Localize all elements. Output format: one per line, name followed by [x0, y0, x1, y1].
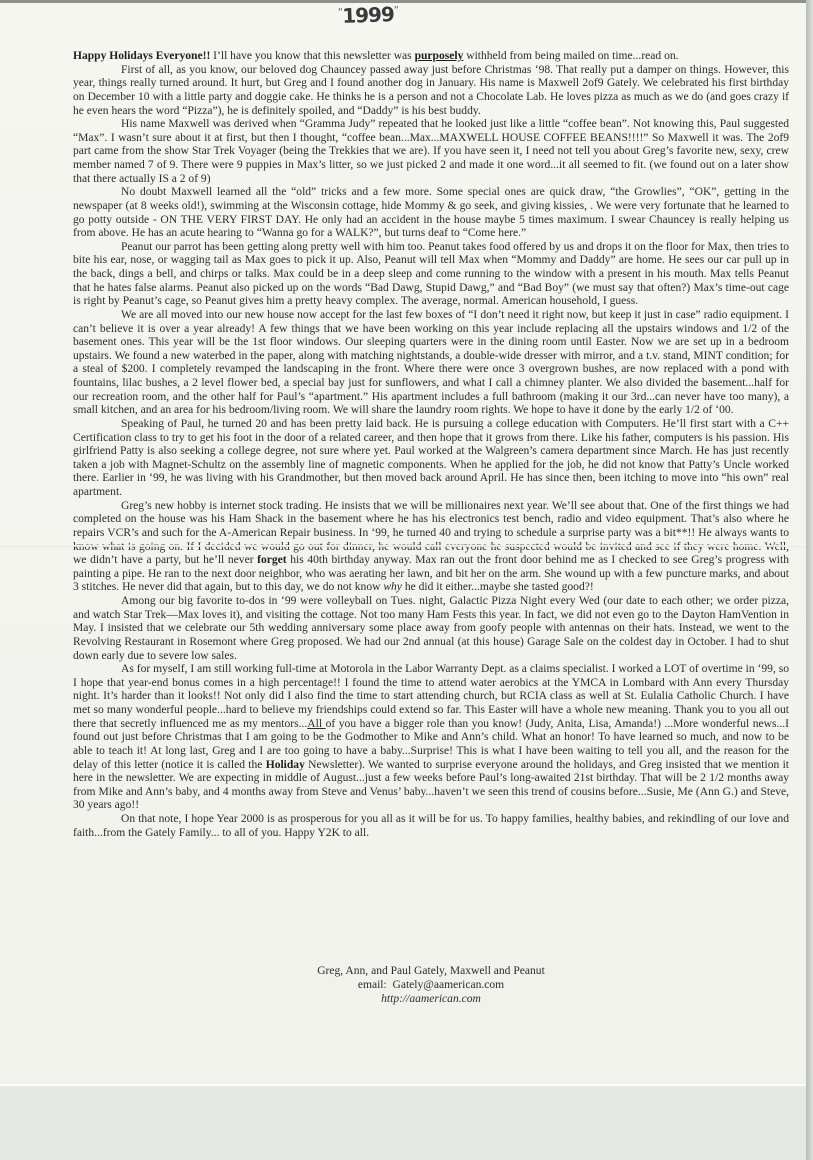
text-segment: His name Maxwell was derived when “Gramm… — [73, 118, 789, 185]
paragraph-closing: On that note, I hope Year 2000 is as pro… — [73, 813, 789, 840]
text-segment: why — [383, 581, 402, 593]
text-segment: forget — [257, 554, 287, 566]
text-segment: We are all moved into our new house now … — [73, 309, 789, 416]
paragraph-peanut: Peanut our parrot has been getting along… — [73, 241, 789, 309]
paragraph-todos: Among our big favorite to-dos in ‘99 wer… — [73, 595, 789, 663]
signature-names: Greg, Ann, and Paul Gately, Maxwell and … — [73, 965, 789, 979]
website-url: http://aamerican.com — [73, 993, 789, 1007]
paragraph-paul: Speaking of Paul, he turned 20 and has b… — [73, 418, 789, 500]
handwritten-year-annotation: “1999” — [338, 2, 399, 28]
paper-fold-line — [0, 545, 806, 547]
signature-email-line: email: Gately@aamerican.com — [73, 979, 789, 993]
paragraph-name: His name Maxwell was derived when “Gramm… — [73, 118, 789, 186]
handwritten-quote-close: ” — [394, 5, 399, 16]
text-segment: Happy Holidays Everyone!! — [73, 50, 210, 62]
text-segment: First of all, as you know, our beloved d… — [73, 64, 789, 117]
paragraph-chauncey: First of all, as you know, our beloved d… — [73, 64, 789, 119]
text-segment: Peanut our parrot has been getting along… — [73, 241, 789, 308]
scanner-top-edge — [0, 0, 813, 3]
signature-block: Greg, Ann, and Paul Gately, Maxwell and … — [73, 965, 789, 1006]
text-segment: No doubt Maxwell learned all the “old” t… — [73, 186, 789, 239]
paper-sheet: “1999” Happy Holidays Everyone!! I’ll ha… — [0, 0, 807, 1084]
paragraph-house: We are all moved into our new house now … — [73, 309, 789, 418]
text-segment: I’ll have you know that this newsletter … — [210, 50, 414, 62]
text-segment: withheld from being mailed on time...rea… — [463, 50, 678, 62]
email-address: Gately@aamerican.com — [393, 979, 505, 991]
text-segment: he did it either...maybe she tasted good… — [402, 581, 594, 593]
handwritten-year: 1999 — [342, 2, 394, 28]
email-label: email: — [358, 979, 387, 991]
paragraph-intro: Happy Holidays Everyone!! I’ll have you … — [73, 50, 789, 64]
text-segment: purposely — [415, 50, 464, 62]
text-segment: All — [307, 718, 325, 730]
paragraph-greg: Greg’s new hobby is internet stock tradi… — [73, 500, 789, 595]
scanner-right-edge — [806, 0, 813, 1160]
paper-bottom-edge — [0, 1084, 806, 1086]
text-segment: Among our big favorite to-dos in ‘99 wer… — [73, 595, 789, 662]
scanned-page: “1999” Happy Holidays Everyone!! I’ll ha… — [0, 0, 813, 1160]
paragraph-tricks: No doubt Maxwell learned all the “old” t… — [73, 186, 789, 241]
text-segment: Speaking of Paul, he turned 20 and has b… — [73, 418, 789, 498]
text-segment: On that note, I hope Year 2000 is as pro… — [73, 813, 789, 839]
paragraph-ann: As for myself, I am still working full-t… — [73, 663, 789, 813]
newsletter-body: Happy Holidays Everyone!! I’ll have you … — [73, 50, 789, 840]
text-segment: Holiday — [266, 759, 305, 771]
